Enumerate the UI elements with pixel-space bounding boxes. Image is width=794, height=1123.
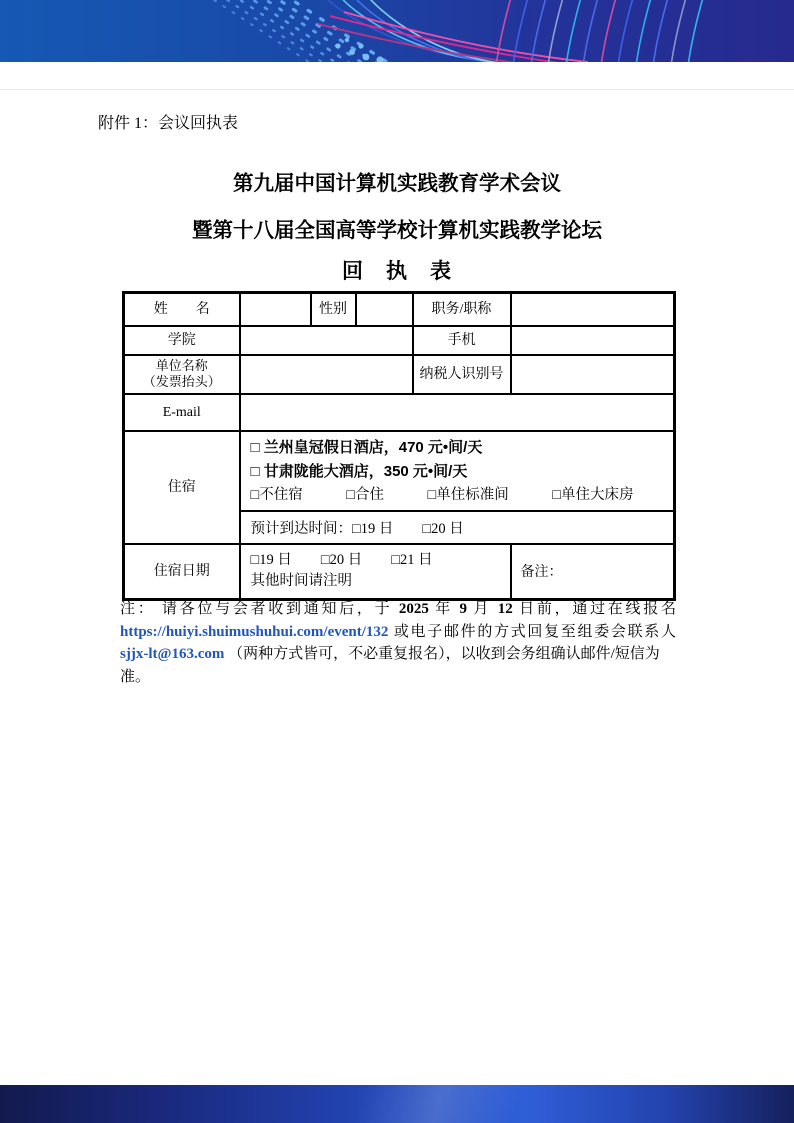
position-label: 职务/职称 (413, 293, 511, 326)
footer-decoration-band (0, 1085, 794, 1123)
organization-label-line2: （发票抬头） (126, 374, 238, 390)
note-text: 月 (467, 601, 498, 617)
table-row: 住宿 □ 兰州皇冠假日酒店，470 元•间/天 □ 甘肃陇能大酒店，350 元•… (124, 431, 675, 511)
mobile-label: 手机 (413, 326, 511, 355)
taxpayer-id-label: 纳税人识别号 (413, 355, 511, 394)
attachment-label: 附件 1：会议回执表 (98, 110, 238, 133)
remark-label-cell: 备注： (511, 544, 675, 600)
accommodation-options-cell: □ 兰州皇冠假日酒店，470 元•间/天 □ 甘肃陇能大酒店，350 元•间/天… (240, 431, 675, 511)
accommodation-label: 住宿 (124, 431, 240, 544)
contact-email-link[interactable]: sjjx-lt@163.com (120, 646, 224, 662)
note-line-1: 注： 请各位与会者收到通知后，于 2025 年 9 月 12 日前，通过在线报名 (120, 598, 676, 621)
reply-form-table: 姓 名 性别 职务/职称 学院 手机 单位名称 （发票抬头） 纳税人识别号 E-… (122, 291, 676, 601)
table-row: 单位名称 （发票抬头） 纳税人识别号 (124, 355, 675, 394)
organization-label: 单位名称 （发票抬头） (124, 355, 240, 394)
mobile-value-cell (511, 326, 675, 355)
note-line-3: sjjx-lt@163.com （两种方式皆可，不必重复报名），以收到会务组确认… (120, 643, 676, 688)
note-text: 注： 请各位与会者收到通知后，于 (120, 601, 399, 617)
organization-value-cell (240, 355, 413, 394)
college-label: 学院 (124, 326, 240, 355)
table-row: 姓 名 性别 职务/职称 (124, 293, 675, 326)
stay-dates-label: 住宿日期 (124, 544, 240, 600)
registration-url-link[interactable]: https://huiyi.shuimushuhui.com/event/132 (120, 624, 388, 640)
stay-date-note: 其他时间请注明 (251, 571, 502, 592)
conference-title-line1: 第九届中国计算机实践教育学术会议 (0, 166, 794, 196)
document-page: 附件 1：会议回执表 第九届中国计算机实践教育学术会议 暨第十八届全国高等学校计… (0, 0, 794, 1123)
note-text: 年 (429, 601, 460, 617)
hotel-option-2: □ 甘肃陇能大酒店，350 元•间/天 (251, 460, 666, 484)
table-row: 住宿日期 □19 日 □20 日 □21 日 其他时间请注明 备注： (124, 544, 675, 600)
reply-form-title: 回 执 表 (0, 255, 794, 285)
hotel-option-1: □ 兰州皇冠假日酒店，470 元•间/天 (251, 436, 666, 460)
position-value-cell (511, 293, 675, 326)
header-decoration-graphic (0, 0, 794, 62)
notes-paragraph: 注： 请各位与会者收到通知后，于 2025 年 9 月 12 日前，通过在线报名… (120, 598, 676, 688)
email-label: E-mail (124, 394, 240, 431)
header-decoration-band (0, 0, 794, 62)
deadline-day: 12 (498, 601, 513, 617)
note-text: 日前，通过在线报名 (513, 601, 676, 617)
deadline-year: 2025 (399, 601, 429, 617)
name-label: 姓 名 (124, 293, 240, 326)
organization-label-line1: 单位名称 (126, 358, 238, 374)
name-value-cell (240, 293, 311, 326)
table-row: 学院 手机 (124, 326, 675, 355)
stay-date-options: □19 日 □20 日 □21 日 (251, 550, 502, 571)
table-row: E-mail (124, 394, 675, 431)
header-divider-line (0, 89, 794, 90)
conference-title-line2: 暨第十八届全国高等学校计算机实践教学论坛 (0, 213, 794, 243)
deadline-month: 9 (460, 601, 468, 617)
email-value-cell (240, 394, 675, 431)
stay-dates-cell: □19 日 □20 日 □21 日 其他时间请注明 (240, 544, 511, 600)
room-type-options: □不住宿 □合住 □单住标准间 □单住大床房 (251, 484, 666, 506)
college-value-cell (240, 326, 413, 355)
gender-label: 性别 (311, 293, 356, 326)
taxpayer-id-value-cell (511, 355, 675, 394)
note-text: 或电子邮件的方式回复至组委会联系人 (388, 624, 676, 640)
arrival-time-cell: 预计到达时间：□19 日 □20 日 (240, 511, 675, 544)
gender-value-cell (356, 293, 413, 326)
note-line-2: https://huiyi.shuimushuhui.com/event/132… (120, 621, 676, 644)
